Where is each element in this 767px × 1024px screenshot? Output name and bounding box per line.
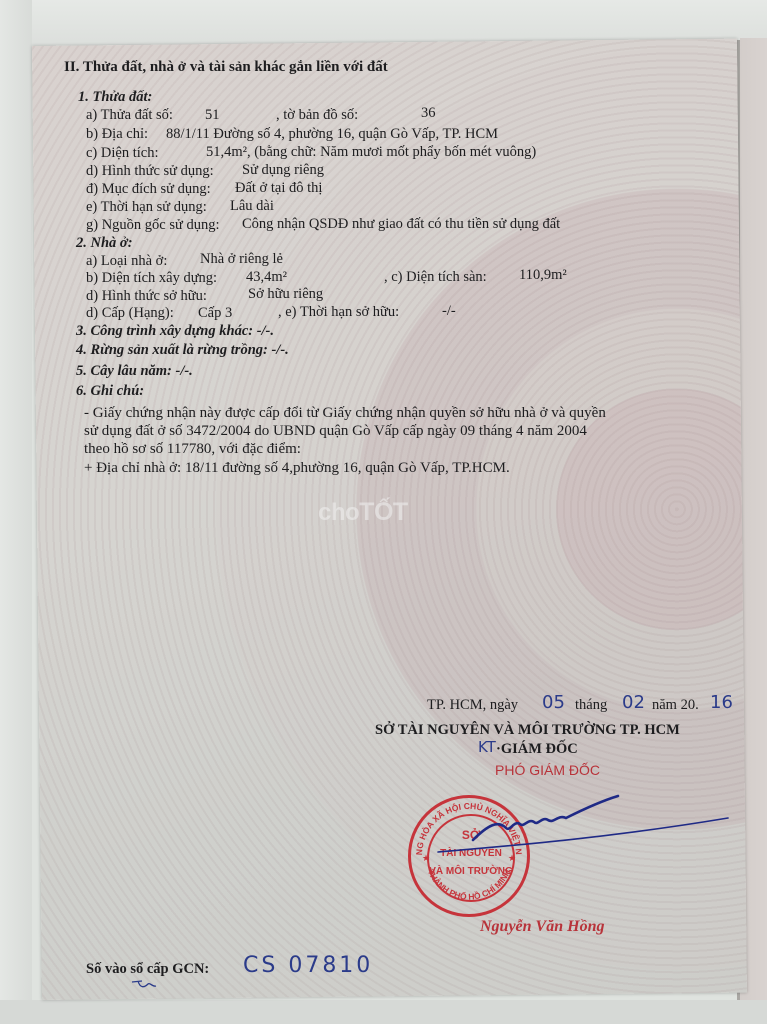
ownership-label: d) Hình thức sở hữu: [86, 289, 207, 304]
build-area: 43,4m² [246, 270, 287, 285]
house-type-label: a) Loại nhà ở: [86, 254, 167, 269]
section-title: II. Thửa đất, nhà ở và tài sản khác gắn … [64, 60, 388, 75]
watermark-part-2: TỐT [359, 498, 408, 526]
director-title: ·GIÁM ĐỐC [496, 742, 578, 757]
initials-mark [130, 978, 170, 992]
background-bottom [0, 1000, 767, 1024]
floor-area: 110,9m² [519, 268, 567, 283]
map-sheet-number: 36 [421, 106, 436, 121]
signing-place-prefix: TP. HCM, ngày [427, 698, 518, 713]
ownership: Sở hữu riêng [248, 287, 323, 302]
origin-label: g) Nguồn gốc sử dụng: [86, 218, 220, 233]
parcel-number: 51 [205, 108, 220, 123]
background-top [0, 0, 767, 45]
notes-line-3: theo hồ sơ số 117780, với đặc điểm: [84, 442, 301, 457]
area-label: c) Diện tích: [86, 146, 158, 161]
background-left [0, 0, 32, 1024]
deputy-director-title: PHÓ GIÁM ĐỐC [495, 763, 600, 777]
use-form-label: d) Hình thức sử dụng: [86, 164, 214, 179]
notes-line-1: - Giấy chứng nhận này được cấp đổi từ Gi… [84, 406, 606, 421]
signing-month: 02 [622, 694, 645, 712]
grade: Cấp 3 [198, 306, 232, 321]
land-origin: Công nhận QSDĐ như giao đất có thu tiền … [242, 217, 560, 232]
perennial-trees: 5. Cây lâu năm: -/-. [76, 364, 193, 379]
ownership-term: -/- [442, 304, 456, 319]
land-heading: 1. Thửa đất: [78, 90, 152, 105]
year-label: năm 20. [652, 698, 699, 713]
map-sheet-label: , tờ bản đồ số: [276, 108, 358, 123]
signing-year: 16 [710, 694, 733, 712]
kt-handwritten: KT [478, 740, 496, 755]
parcel-label: a) Thửa đất số: [86, 108, 173, 123]
signature [428, 790, 738, 870]
floor-area-label: , c) Diện tích sàn: [384, 270, 487, 285]
land-address: 88/1/11 Đường số 4, phường 16, quận Gò V… [166, 127, 498, 142]
land-area: 51,4m², (bằng chữ: Năm mươi mốt phẩy bốn… [206, 145, 536, 160]
registry-number: CS 07810 [243, 955, 373, 977]
agency-name: SỞ TÀI NGUYÊN VÀ MÔI TRƯỜNG TP. HCM [375, 723, 680, 738]
address-label: b) Địa chỉ: [86, 127, 148, 142]
ownership-term-label: , e) Thời hạn sở hữu: [278, 305, 399, 320]
notes-line-2: sử dụng đất ở số 3472/2004 do UBND quận … [84, 424, 587, 439]
notes-heading: 6. Ghi chú: [76, 384, 144, 399]
use-purpose-label: đ) Mục đích sử dụng: [86, 182, 211, 197]
registry-label: Số vào sổ cấp GCN: [86, 962, 209, 977]
use-term: Lâu dài [230, 199, 274, 214]
other-works: 3. Công trình xây dựng khác: -/-. [76, 324, 274, 339]
use-form: Sử dụng riêng [242, 163, 324, 178]
signing-day: 05 [542, 694, 565, 712]
use-term-label: e) Thời hạn sử dụng: [86, 200, 207, 215]
use-purpose: Đất ở tại đô thị [235, 181, 322, 196]
signer-name: Nguyễn Văn Hồng [480, 918, 604, 936]
house-heading: 2. Nhà ở: [76, 236, 133, 251]
forest: 4. Rừng sản xuất là rừng trồng: -/-. [76, 343, 289, 358]
month-label: tháng [575, 698, 607, 713]
chotot-watermark: choTỐT [318, 498, 408, 527]
grade-label: d) Cấp (Hạng): [86, 306, 174, 321]
watermark-part-1: cho [318, 499, 359, 526]
notes-line-4: + Địa chỉ nhà ở: 18/11 đường số 4,phường… [84, 461, 510, 476]
house-type: Nhà ở riêng lẻ [200, 252, 283, 267]
build-area-label: b) Diện tích xây dựng: [86, 271, 217, 286]
